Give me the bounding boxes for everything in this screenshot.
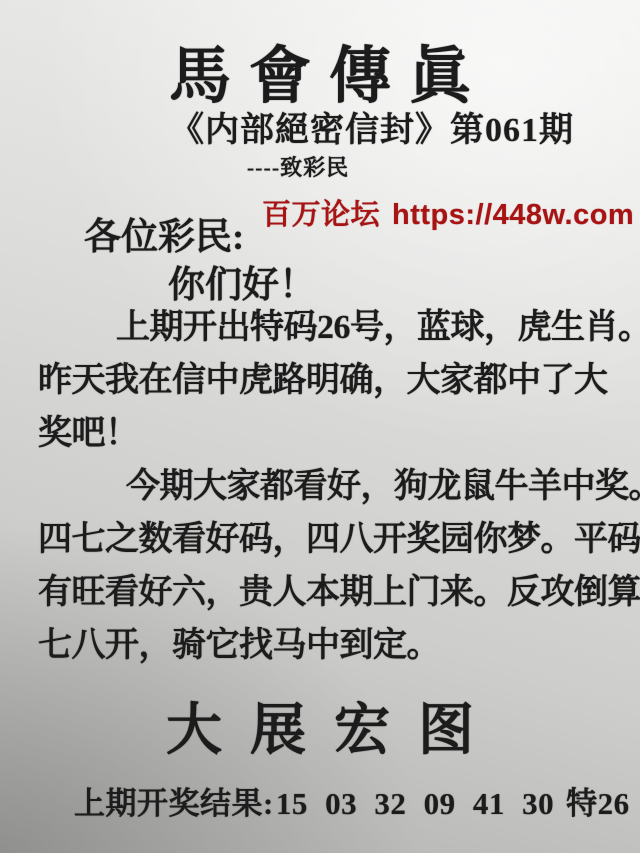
- letter-line: 有旺看好六，贵人本期上门来。反攻倒算: [38, 566, 616, 619]
- previous-results-line: 上期开奖结果:15 03 32 09 41 30特26: [74, 778, 630, 823]
- letter-line: 上期开出特码26号，蓝球，虎生肖。: [38, 301, 616, 354]
- letter-line: 七八开，骑它找马中到定。: [38, 619, 616, 672]
- letter-body: 上期开出特码26号，蓝球，虎生肖。 昨天我在信中虎路明确，大家都中了大 奖吧！ …: [38, 301, 616, 672]
- slogan-text: 大展宏图: [0, 686, 640, 766]
- letter-line: 今期大家都看好，狗龙鼠牛羊中奖。: [38, 460, 616, 513]
- letter-line: 奖吧！: [38, 407, 616, 460]
- issue-subtitle: 《内部絕密信封》第061期: [52, 102, 640, 151]
- watermark-text: 百万论坛https://448w.com: [262, 192, 634, 233]
- watermark-site-url: https://448w.com: [392, 199, 634, 231]
- letter-line: 昨天我在信中虎路明确，大家都中了大: [38, 354, 616, 407]
- dedication-line: ----致彩民: [0, 151, 618, 182]
- results-label: 上期开奖结果:: [74, 786, 274, 821]
- fax-document-page: 馬會傳眞 《内部絕密信封》第061期 ----致彩民 百万论坛https://4…: [0, 0, 640, 853]
- greeting-text: 你们好！: [168, 254, 316, 308]
- results-numbers: 15 03 32 09 41 30: [276, 786, 554, 821]
- salutation-text: 各位彩民:: [84, 206, 244, 260]
- watermark-site-name: 百万论坛: [262, 199, 380, 231]
- results-special-number: 特26: [566, 786, 630, 821]
- letter-line: 四七之数看好码，四八开奖园你梦。平码: [38, 513, 616, 566]
